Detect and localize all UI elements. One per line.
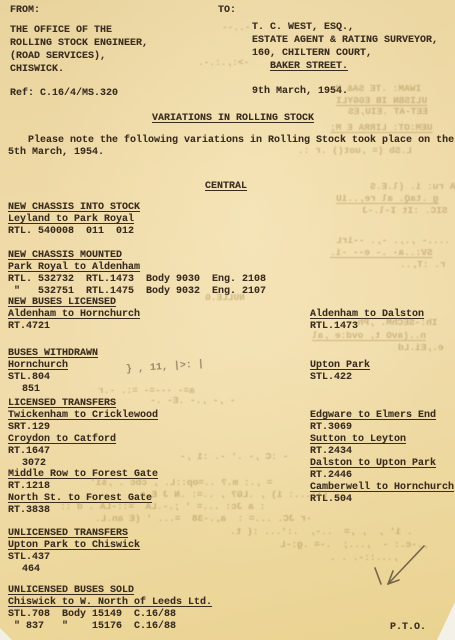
pto-note: P.T.O. [390,622,426,633]
to-address-line: ESTATE AGENT & RATING SURVEYOR, [252,35,438,46]
pencil-arrow-mark [343,540,438,600]
region-heading: CENTRAL [205,181,247,192]
ghost-bleed-text: (l:...: i) , .LG? , ..=: .N J E.s [140,490,328,500]
ghost-bleed-text: Ih:-SEChM. ,Ph. [352,318,438,328]
scan-corner-artifact [437,602,455,640]
fleet-line: SRT.129 [8,422,50,433]
fleet-line: RT.3069 [310,422,352,433]
fleet-line: RT.4721 [8,321,50,332]
fleet-line: RT.3838 [8,505,50,516]
ghost-bleed-text: ->:,.:.-. [198,58,249,68]
route-line: Aldenham to Hornchurch [8,309,140,320]
ghost-bleed-text: ....- ,.,. -,. --irL [336,236,450,246]
fleet-line: RT.2434 [310,446,352,457]
ghost-bleed-text: IWAM: .TE SA& M, [330,84,421,94]
route-line: Park Royal to Aldenham [8,262,140,273]
ghost-bleed-text: SIC. :It I-l.-J [362,206,448,216]
route-line: Sutton to Leyton [310,434,406,445]
fleet-line: " 837 " 15176 C.16/88 [8,621,176,632]
fleet-line: RT.1647 [8,446,50,457]
to-address-line: BAKER STREET. [270,61,348,72]
route-line: Edgware to Elmers End [310,410,436,421]
fleet-line: RTL. 532732 RTL.1473 Body 9030 Eng. 2108 [8,274,266,285]
reference-number: Ref: C.16/4/MS.320 [10,88,118,99]
ghost-bleed-text: n..(avO t, ovd:e ,al [312,331,426,341]
route-line: Chiswick to W. North of Leeds Ltd. [8,597,212,608]
fleet-line: RT.1218 [8,481,50,492]
ghost-bleed-text: SV:..a- .- e-- -i. [330,248,433,258]
ghost-bleed-text: e.,Ei.Ld [398,343,444,353]
fleet-line: RTL. 540008 011 012 [8,226,134,237]
to-label: TO: [218,5,236,16]
intro-line: 5th March, 1954. [8,147,104,158]
from-address-line: THE OFFICE OF THE [10,25,112,36]
fleet-line: STL.804 [8,372,50,383]
fleet-line: STL.437 [8,552,50,563]
scanned-memo-page: FROM: TO: THE OFFICE OF THE ROLLING STOC… [0,0,455,640]
fleet-line: STL.708 Body 15149 C.16/88 [8,609,176,620]
section-heading: BUSES WITHDRAWN [8,348,98,359]
document-title: VARIATIONS IN ROLLING STOCK [152,113,314,124]
section-heading: NEW CHASSIS MOUNTED [8,250,122,261]
ghost-bleed-text: - ,- ,.- .E- .- [150,396,236,406]
scan-corner-artifact [0,628,12,640]
from-address-line: (ROAD SERVICES), [10,51,106,62]
route-line: Croydon to Catford [8,434,116,445]
route-line: Upton Park to Chiswick [8,540,140,551]
route-line: Camberwell to Hornchurch [310,482,454,493]
fleet-line: 851 [22,384,40,395]
fleet-line: 3072 [22,458,46,469]
ghost-bleed-text: = ,.: m.? ..=op::L. , cbc . ,si' [90,478,272,488]
pencil-scribble: } , 11, |>: | [126,359,205,375]
ghost-bleed-text: : a Jc: ...= ' ;.-.LA =::-LA . d :: [60,502,265,512]
ghost-bleed-text: g .taQ. al re,..iU [336,194,439,204]
route-line: Twickenham to Cricklewood [8,410,158,421]
fleet-line: 464 [22,564,40,575]
ghost-bleed-text: . i' , , ,= ..-, .:'... :( t. [230,527,412,537]
route-line: Upton Park [310,360,370,371]
route-line: Leyland to Park Royal [8,214,134,225]
ghost-bleed-text: r. :T,.. [400,260,446,270]
route-line: Hornchurch [8,360,68,371]
route-line: Dalston to Upton Park [310,458,436,469]
ghost-bleed-text: UEM:OT: LIRRA E M; [330,123,433,133]
section-heading: NEW CHASSIS INTO STOCK [8,202,140,213]
section-heading: LICENSED TRANSFERS [8,398,116,409]
from-address-line: CHISWICK. [10,64,64,75]
ghost-bleed-text: EET-AT .EIU,ES [348,107,428,117]
ghost-bleed-text: -..-- [222,23,251,33]
ghost-bleed-text: -r JC. ...= : a,.-38 =... ' (E an.L. [95,514,312,524]
fleet-line: STL.422 [310,372,352,383]
from-address-line: ROLLING STOCK ENGINEER, [10,38,148,49]
from-label: FROM: [10,5,40,16]
ghost-bleed-text: - :C ,- .' -. :1 ,- [180,452,288,462]
ghost-bleed-text: L.Sb (= ,uot() .r :. [298,146,412,156]
section-heading: UNLICENSED BUSES SOLD [8,585,134,596]
section-heading: NEW BUSES LICENSED [8,297,116,308]
section-heading: UNLICENSED TRANSFERS [8,528,128,539]
ghost-bleed-text: NULLE.G [205,293,245,303]
ghost-bleed-text: A ru: i. (l.E.S [370,182,455,192]
to-address-line: 160, CHILTERN COURT, [252,48,372,59]
to-address-line: T. C. WEST, ESQ., [252,22,354,33]
fleet-line: RT.2446 [310,470,352,481]
ghost-bleed-text: ULISBN IB EGGYLI [336,96,427,106]
